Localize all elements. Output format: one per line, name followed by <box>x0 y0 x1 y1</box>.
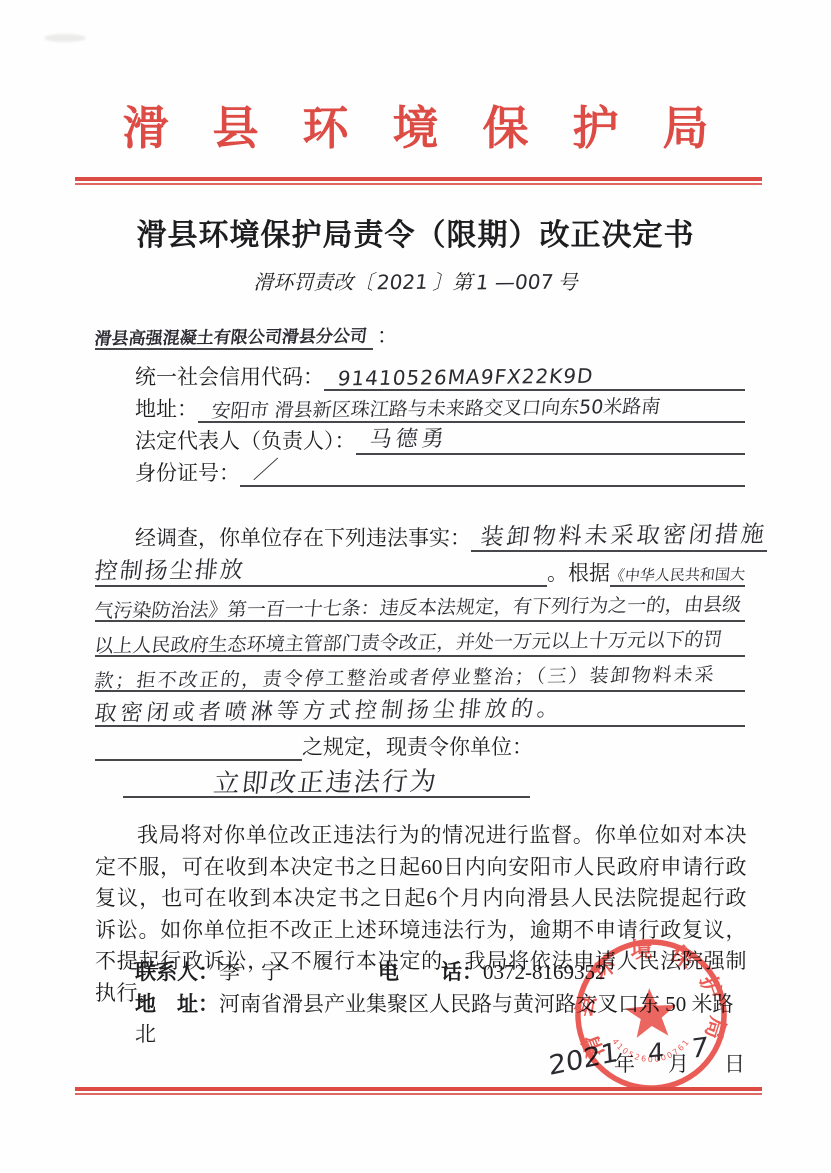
field-legal-representative-value-handwritten: 马德勇 <box>368 422 450 454</box>
contact-phone-label: 电 话： <box>378 960 483 984</box>
contact-person-value: 李 宁 <box>219 960 282 984</box>
doc-number-suffix: 号 <box>558 272 578 294</box>
basis-line5-underline: 取密闭或者喷淋等方式控制扬尘排放的。 <box>95 694 745 727</box>
seal-number-text: 4105260000761 <box>610 1032 693 1067</box>
letterhead-rule <box>75 177 762 185</box>
facts-line1-handwritten: 装卸物料未采取密闭措施 <box>479 516 769 552</box>
doc-number-year-handwritten: 2021 <box>376 270 430 295</box>
recipient-name-underline: 滑县高强混凝土有限公司滑县分公司 <box>95 323 373 350</box>
facts-line1-underline: 装卸物料未采取密闭措施 <box>471 517 767 552</box>
scanned-document-page: 滑县环境保护局 滑县环境保护局责令（限期）改正决定书 滑环罚责改〔2021〕第1… <box>0 0 831 1173</box>
basis-line2-underline: 气污染防治法》第一百一十七条：违反本法规定，有下列行为之一的，由县级 <box>95 593 745 622</box>
field-address-label: 地址： <box>135 393 198 423</box>
facts-connector: 。根据 <box>547 557 610 587</box>
provision-empty-underline <box>95 741 302 761</box>
basis-line4-handwritten: 款；拒不改正的，责令停工整治或者停业整治；（三）装卸物料未采 <box>93 660 717 693</box>
basis-line3: 以上人民政府生态环境主管部门责令改正，并处一万元以上十万元以下的罚 <box>95 623 745 657</box>
basis-line4-underline: 款；拒不改正的，责令停工整治或者停业整治；（三）装卸物料未采 <box>95 663 745 692</box>
svg-text:4105260000761: 4105260000761 <box>610 1032 693 1067</box>
basis-line5: 取密闭或者喷淋等方式控制扬尘排放的。 <box>95 693 745 727</box>
contact-person-label: 联系人： <box>135 960 219 984</box>
order-handwritten: 立即改正违法行为 <box>212 761 440 800</box>
basis-line5-handwritten: 取密闭或者喷淋等方式控制扬尘排放的。 <box>93 692 565 728</box>
field-id-number-value-handwritten: ／ <box>252 450 280 485</box>
recipient-colon: ： <box>377 320 398 350</box>
field-address-underline: 安阳市 滑县新区珠江路与未来路交叉口向东50米路南 <box>198 394 745 423</box>
scan-smudge <box>44 34 86 42</box>
official-seal: 滑县环境保护局 4105260000761 <box>560 924 741 1105</box>
basis-line4: 款；拒不改正的，责令停工整治或者停业整治；（三）装卸物料未采 <box>95 658 745 692</box>
document-number: 滑环罚责改〔2021〕第1 —007号 <box>0 266 831 295</box>
facts-lead-label: 经调查，你单位存在下列违法事实： <box>135 522 471 552</box>
provision-line: 之规定，现责令你单位： <box>95 729 745 761</box>
field-address-value-handwritten: 安阳市 滑县新区珠江路与未来路交叉口向东50米路南 <box>210 392 662 424</box>
basis-line2-handwritten: 气污染防治法》第一百一十七条：违反本法规定，有下列行为之一的，由县级 <box>93 590 743 624</box>
office-address-label: 地 址： <box>135 992 219 1016</box>
field-id-number-underline: ／ <box>240 450 745 487</box>
field-id-number-label: 身份证号： <box>135 457 240 487</box>
basis-line2: 气污染防治法》第一百一十七条：违反本法规定，有下列行为之一的，由县级 <box>95 588 745 622</box>
document-title: 滑县环境保护局责令（限期）改正决定书 <box>0 210 831 254</box>
facts-line2-handwritten: 控制扬尘排放 <box>93 551 247 586</box>
doc-number-serial-handwritten: 1 —007 <box>475 270 555 295</box>
seal-star-icon <box>623 986 678 1038</box>
field-id-number: 身份证号： ／ <box>135 456 745 487</box>
facts-second-line: 控制扬尘排放 。根据 《中华人民共和国大 <box>95 553 745 587</box>
facts-line2-underline: 控制扬尘排放 <box>95 552 547 587</box>
field-credit-code-underline: 91410526MA9FX22K9D <box>324 365 745 391</box>
provision-label: 之规定，现责令你单位： <box>302 731 533 761</box>
basis-line3-underline: 以上人民政府生态环境主管部门责令改正，并处一万元以上十万元以下的罚 <box>95 628 745 657</box>
facts-lead-line: 经调查，你单位存在下列违法事实： 装卸物料未采取密闭措施 <box>95 518 745 552</box>
footer-rule <box>75 1087 762 1095</box>
field-credit-code-value-handwritten: 91410526MA9FX22K9D <box>336 364 594 391</box>
basis-line1-underline: 《中华人民共和国大 <box>610 564 745 587</box>
basis-line3-handwritten: 以上人民政府生态环境主管部门责令改正，并处一万元以上十万元以下的罚 <box>93 625 724 659</box>
field-credit-code-label: 统一社会信用代码： <box>135 361 324 391</box>
recipient-name-handwritten: 滑县高强混凝土有限公司滑县分公司 <box>93 322 368 350</box>
doc-number-prefix: 滑环罚责改〔 <box>253 272 373 294</box>
letterhead-title: 滑县环境保护局 <box>0 92 831 158</box>
field-address: 地址： 安阳市 滑县新区珠江路与未来路交叉口向东50米路南 <box>135 392 745 423</box>
basis-line1-handwritten: 《中华人民共和国大 <box>609 563 747 585</box>
order-line-underline: 立即改正违法行为 <box>123 762 530 798</box>
recipient-line: 滑县高强混凝土有限公司滑县分公司： <box>95 316 745 350</box>
doc-number-mid: 〕第 <box>432 272 472 294</box>
field-credit-code: 统一社会信用代码： 91410526MA9FX22K9D <box>135 360 745 391</box>
